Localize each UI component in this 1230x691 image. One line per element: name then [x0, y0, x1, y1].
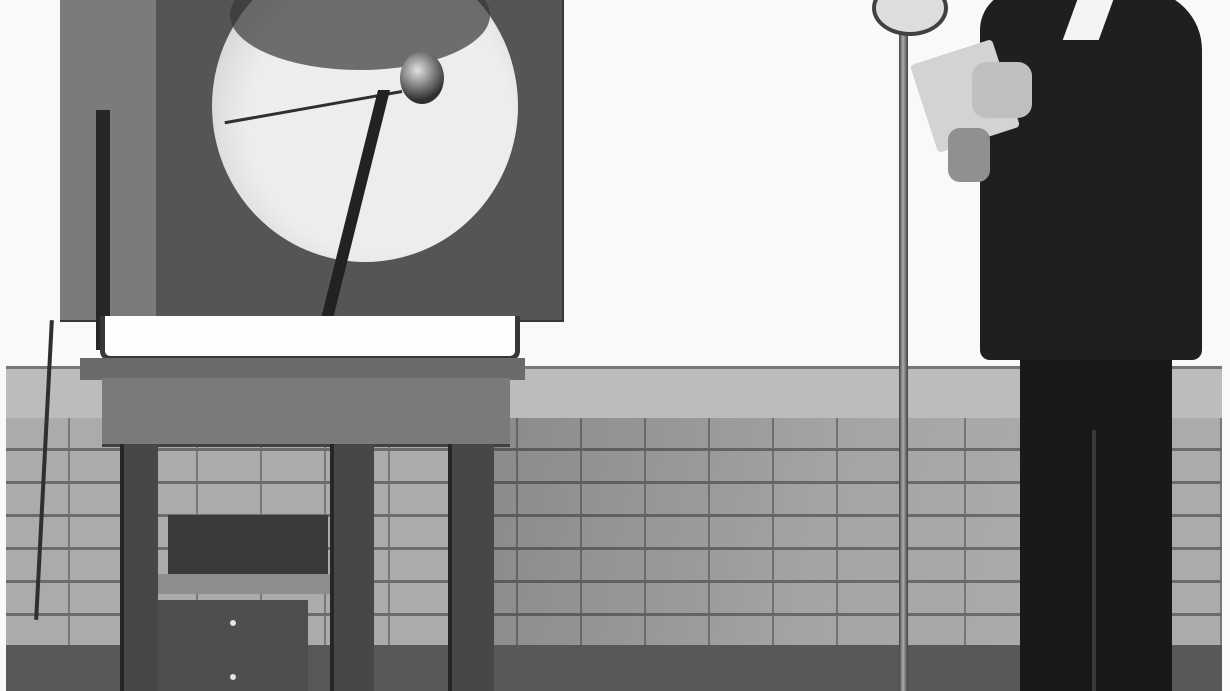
- stand-shelf: [150, 574, 340, 594]
- speaker-trousers: [1020, 355, 1172, 691]
- stand-leg: [330, 444, 374, 691]
- trouser-crease: [1092, 430, 1096, 691]
- drawer-knob: [230, 674, 236, 680]
- stand-leg: [448, 444, 494, 691]
- microphone-icon: [872, 0, 948, 36]
- speaker-hand: [972, 62, 1032, 118]
- stand-top: [80, 358, 525, 380]
- photo-scene: [0, 0, 1230, 691]
- drawer-knob: [230, 620, 236, 626]
- stand-drawer: [158, 600, 308, 691]
- lamp-bulb: [400, 52, 444, 104]
- microphone-stand-pole: [899, 30, 908, 691]
- stand-cabinet: [168, 515, 328, 575]
- speaker-hand: [948, 128, 990, 182]
- stand-apron: [102, 378, 510, 447]
- apparatus-post: [96, 110, 110, 350]
- apparatus-base-plate: [100, 316, 520, 361]
- stand-leg: [120, 444, 158, 691]
- speaker-suit-jacket: [980, 0, 1202, 360]
